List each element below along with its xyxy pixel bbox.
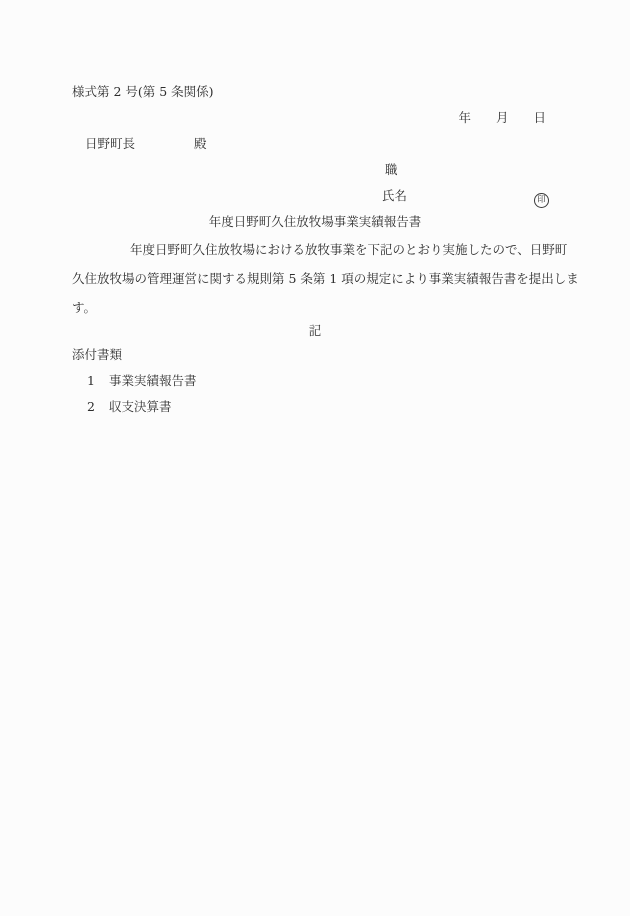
signature-position-line: 職 <box>72 157 558 183</box>
attachment-item-label: 収支決算書 <box>109 399 172 414</box>
form-number: 様式第 2 号(第 5 条関係) <box>72 79 558 105</box>
date-month-label: 月 <box>496 105 509 131</box>
body-line-2: 久住放牧場の管理運営に関する規則第 5 条第 1 項の規定により事業実績報告書を… <box>72 264 558 293</box>
attachments-heading: 添付書類 <box>72 342 558 368</box>
attachment-item: 1 事業実績報告書 <box>72 368 558 394</box>
date-year-label: 年 <box>458 105 471 131</box>
attachment-item: 2 収支決算書 <box>72 394 558 420</box>
date-line: 年 月 日 <box>72 105 558 131</box>
document-page: 様式第 2 号(第 5 条関係) 年 月 日 日野町長 殿 職 氏名 印 年度日… <box>0 0 630 916</box>
body-paragraph: 年度日野町久住放牧場における放牧事業を下記のとおり実施したので、日野町 久住放牧… <box>72 235 558 322</box>
document-title: 年度日野町久住放牧場事業実績報告書 <box>72 209 558 235</box>
signature-name-line: 氏名 印 <box>72 183 558 209</box>
addressee-honorific: 殿 <box>194 136 207 151</box>
attachment-item-label: 事業実績報告書 <box>109 373 197 388</box>
attachment-item-number: 2 <box>87 394 95 420</box>
seal-icon: 印 <box>534 193 549 208</box>
attachment-item-number: 1 <box>87 368 95 394</box>
date-day-label: 日 <box>533 105 546 131</box>
body-line-1: 年度日野町久住放牧場における放牧事業を下記のとおり実施したので、日野町 <box>72 235 558 264</box>
addressee-name: 日野町長 <box>85 136 135 151</box>
note-marker: 記 <box>72 318 558 344</box>
position-label: 職 <box>385 162 398 177</box>
addressee-line: 日野町長 殿 <box>72 131 558 157</box>
name-label: 氏名 <box>382 188 407 203</box>
